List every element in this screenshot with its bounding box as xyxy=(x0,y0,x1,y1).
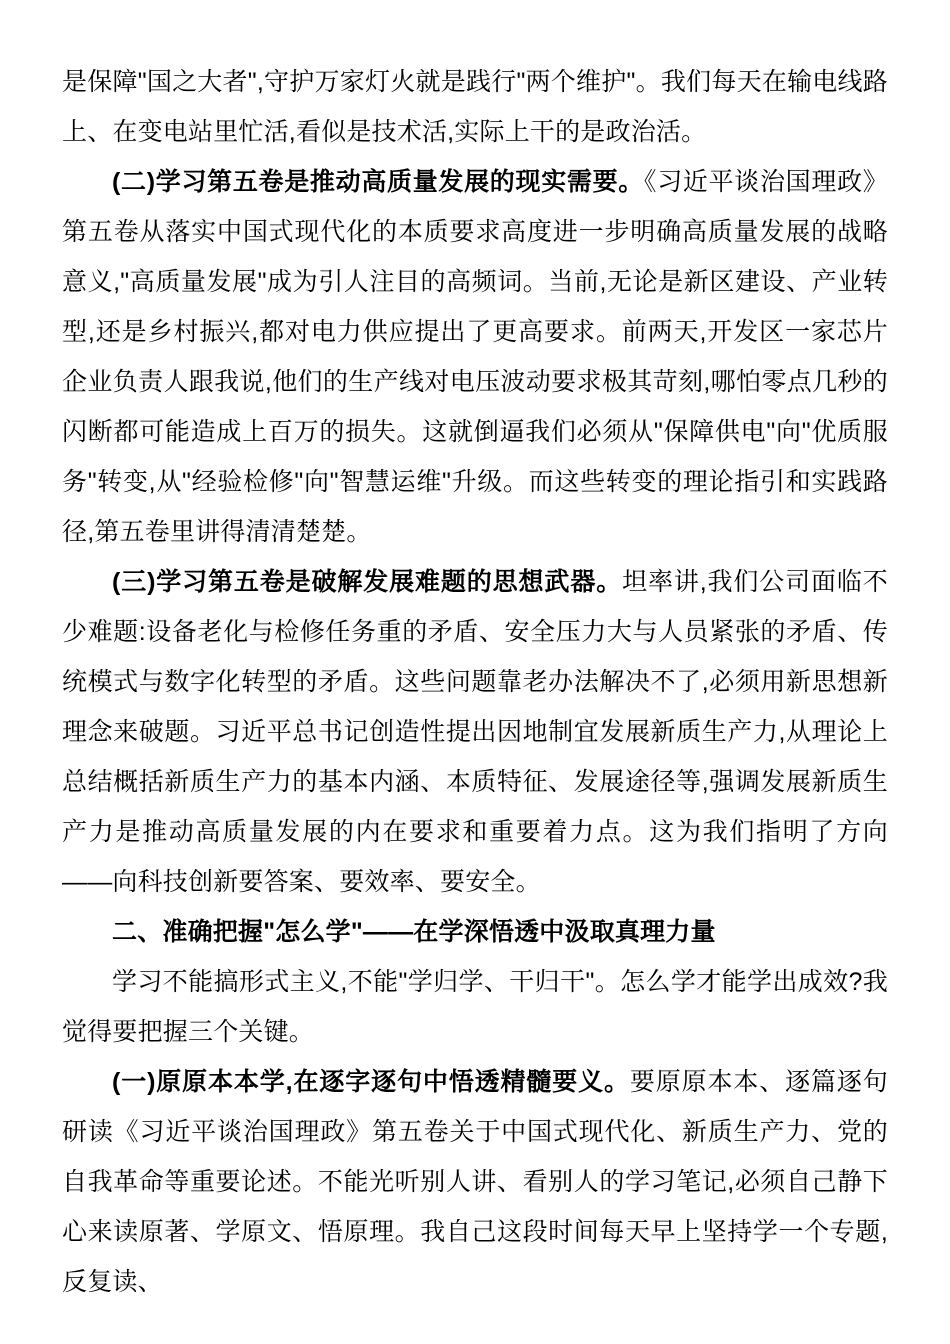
bold-text-segment: 二、准确把握"怎么学"——在学深悟透中汲取真理力量 xyxy=(112,918,716,946)
text-segment: 坦率讲,我们公司面临不少难题:设备老化与检修任务重的矛盾、安全压力大与人员紧张的… xyxy=(62,568,888,896)
paragraph-how-to-learn-intro: 学习不能搞形式主义,不能"学归学、干归干"。怎么学才能学出成效?我觉得要把握三个… xyxy=(62,957,888,1057)
bold-text-segment: (三)学习第五卷是破解发展难题的思想武器。 xyxy=(112,568,622,596)
section-heading-two: 二、准确把握"怎么学"——在学深悟透中汲取真理力量 xyxy=(62,907,888,957)
bold-text-segment: (一)原原本本学,在逐字逐句中悟透精髓要义。 xyxy=(112,1068,630,1096)
paragraph-point-two: (二)学习第五卷是推动高质量发展的现实需要。《习近平谈治国理政》第五卷从落实中国… xyxy=(62,157,888,557)
text-segment: 学习不能搞形式主义,不能"学归学、干归干"。怎么学才能学出成效?我觉得要把握三个… xyxy=(62,968,888,1046)
text-segment: 是保障"国之大者",守护万家灯火就是践行"两个维护"。我们每天在输电线路上、在变… xyxy=(62,68,888,146)
document-body: 是保障"国之大者",守护万家灯火就是践行"两个维护"。我们每天在输电线路上、在变… xyxy=(62,57,888,1307)
text-segment: 《习近平谈治国理政》第五卷从落实中国式现代化的本质要求高度进一步明确高质量发展的… xyxy=(62,168,888,546)
paragraph-continued-from-previous-page: 是保障"国之大者",守护万家灯火就是践行"两个维护"。我们每天在输电线路上、在变… xyxy=(62,57,888,157)
document-page: 是保障"国之大者",守护万家灯火就是践行"两个维护"。我们每天在输电线路上、在变… xyxy=(0,0,950,1344)
paragraph-point-one-cut-off: (一)原原本本学,在逐字逐句中悟透精髓要义。要原原本本、逐篇逐句研读《习近平谈治… xyxy=(62,1057,888,1307)
bold-text-segment: (二)学习第五卷是推动高质量发展的现实需要。 xyxy=(112,168,644,196)
text-segment: 要原原本本、逐篇逐句研读《习近平谈治国理政》第五卷关于中国式现代化、新质生产力、… xyxy=(62,1068,888,1296)
paragraph-point-three: (三)学习第五卷是破解发展难题的思想武器。坦率讲,我们公司面临不少难题:设备老化… xyxy=(62,557,888,907)
